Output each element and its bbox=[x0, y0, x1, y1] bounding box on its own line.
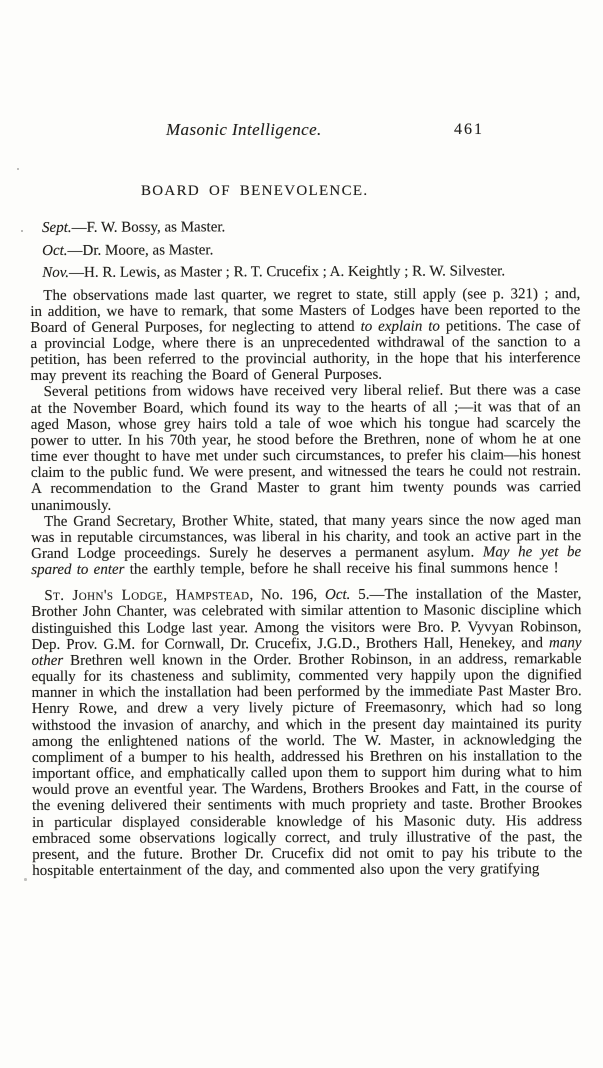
page-number: 461 bbox=[454, 121, 484, 139]
scan-speck bbox=[24, 878, 27, 881]
text-segment: to explain to bbox=[361, 318, 440, 334]
paragraph: Several petitions from widows have recei… bbox=[31, 383, 581, 514]
article-body: Sept.—F. W. Bossy, as Master.Oct.—Dr. Mo… bbox=[30, 218, 582, 879]
officer-entry: Oct.—Dr. Moore, as Master. bbox=[30, 241, 580, 260]
text-segment: Oct. bbox=[42, 242, 67, 258]
scanned-book-page: Masonic Intelligence. 461 BOARD OF BENEV… bbox=[0, 0, 603, 1068]
text-segment: the earthly temple, before he shall rece… bbox=[124, 560, 558, 578]
text-segment: Brethren well known in the Order. Brothe… bbox=[32, 651, 583, 879]
officer-entry: Nov.—H. R. Lewis, as Master ; R. T. Cruc… bbox=[30, 263, 580, 282]
scan-speck bbox=[21, 230, 23, 232]
text-segment: Several petitions from widows have recei… bbox=[31, 383, 581, 514]
paragraph: The observations made last quarter, we r… bbox=[30, 286, 580, 385]
section-heading: BOARD OF BENEVOLENCE. bbox=[141, 183, 368, 200]
paragraph: St. John's Lodge, Hampstead, No. 196, Oc… bbox=[31, 586, 582, 879]
text-segment: Nov. bbox=[42, 265, 69, 281]
text-segment: St. John's Lodge, Hampstead bbox=[44, 588, 249, 605]
paragraph: The Grand Secretary, Brother White, stat… bbox=[31, 512, 581, 579]
text-segment: , No. 196, bbox=[249, 587, 325, 603]
text-segment: Sept. bbox=[42, 220, 72, 236]
text-segment: —F. W. Bossy, as Master. bbox=[72, 219, 226, 236]
scan-speck bbox=[17, 168, 19, 170]
text-segment: —Dr. Moore, as Master. bbox=[68, 242, 214, 259]
officer-entry: Sept.—F. W. Bossy, as Master. bbox=[30, 218, 580, 237]
text-segment: —H. R. Lewis, as Master ; R. T. Crucefix… bbox=[69, 263, 505, 281]
text-segment: Oct. bbox=[325, 587, 350, 603]
running-header: Masonic Intelligence. 461 bbox=[0, 120, 603, 144]
running-header-title: Masonic Intelligence. bbox=[166, 120, 322, 140]
